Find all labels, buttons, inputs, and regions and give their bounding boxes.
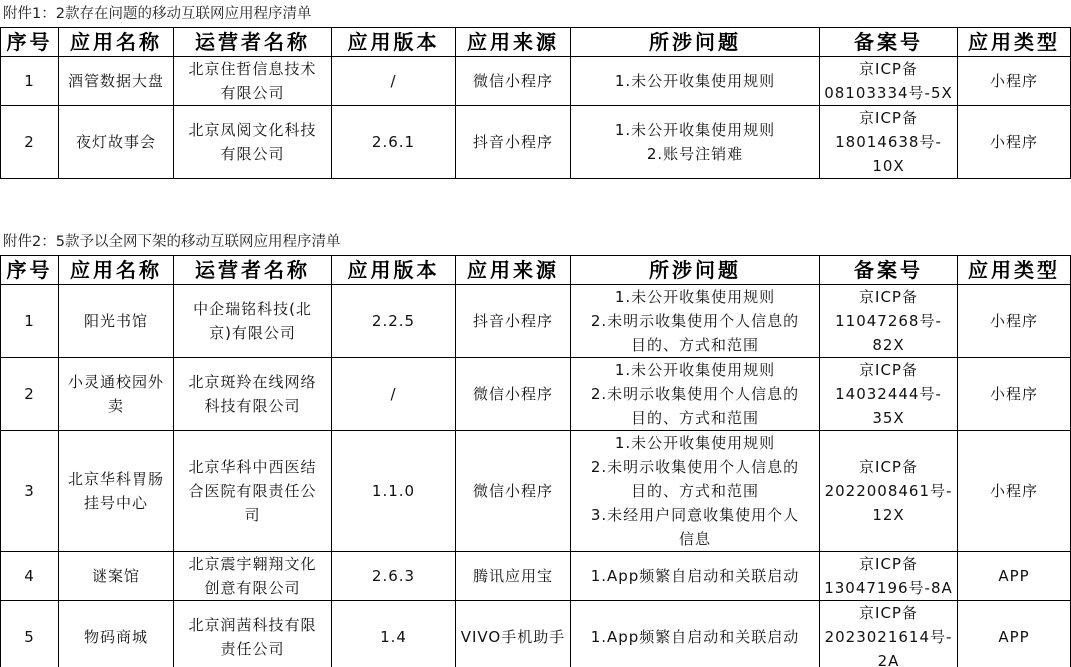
table-row: 2小灵通校园外卖北京斑羚在线网络科技有限公司/微信小程序1.未公开收集使用规则2… <box>1 358 1071 431</box>
cell-app-name-line: 物码商城 <box>62 625 170 649</box>
cell-operator-line: 京)有限公司 <box>177 321 328 345</box>
cell-app-name-line: 挂号中心 <box>62 491 170 515</box>
cell-icp-line: 京ICP备 <box>823 285 954 309</box>
header-icp: 备案号 <box>820 28 958 57</box>
attachment1-table: 序号 应用名称 运营者名称 应用版本 应用来源 所涉问题 备案号 应用类型 1酒… <box>0 27 1071 179</box>
cell-version: / <box>332 57 456 106</box>
cell-app-name: 物码商城 <box>59 601 174 667</box>
cell-operator-line: 司 <box>177 503 328 527</box>
cell-icp-line: 京ICP备 <box>823 552 954 576</box>
table-header-row: 序号 应用名称 运营者名称 应用版本 应用来源 所涉问题 备案号 应用类型 <box>1 28 1071 57</box>
table-row: 1阳光书馆中企瑞铭科技(北京)有限公司2.2.5抖音小程序1.未公开收集使用规则… <box>1 285 1071 358</box>
cell-operator-line: 责任公司 <box>177 637 328 661</box>
cell-icp: 京ICP备13047196号-8A <box>820 552 958 601</box>
cell-app-name-line: 夜灯故事会 <box>62 130 170 154</box>
cell-app-name: 夜灯故事会 <box>59 106 174 179</box>
attachment2-table: 序号 应用名称 运营者名称 应用版本 应用来源 所涉问题 备案号 应用类型 1阳… <box>0 255 1071 667</box>
cell-icp: 京ICP备08103334号-5X <box>820 57 958 106</box>
cell-app-name: 酒管数据大盘 <box>59 57 174 106</box>
cell-no: 1 <box>1 285 59 358</box>
cell-icp-line: 2023021614号- <box>823 625 954 649</box>
cell-operator-line: 创意有限公司 <box>177 576 328 600</box>
cell-issues: 1.未公开收集使用规则 <box>571 57 820 106</box>
cell-no: 3 <box>1 431 59 552</box>
cell-version: / <box>332 358 456 431</box>
cell-source: 抖音小程序 <box>456 106 571 179</box>
table-row: 2夜灯故事会北京凤阅文化科技有限公司2.6.1抖音小程序1.未公开收集使用规则2… <box>1 106 1071 179</box>
header-no: 序号 <box>1 28 59 57</box>
table-row: 4谜案馆北京震宇翱翔文化创意有限公司2.6.3腾讯应用宝1.App频繁自启动和关… <box>1 552 1071 601</box>
cell-icp-line: 14032444号- <box>823 382 954 406</box>
table-header-row: 序号 应用名称 运营者名称 应用版本 应用来源 所涉问题 备案号 应用类型 <box>1 256 1071 285</box>
cell-issues-line: 目的、方式和范围 <box>574 333 816 357</box>
cell-operator-line: 北京震宇翱翔文化 <box>177 552 328 576</box>
cell-icp-line: 京ICP备 <box>823 358 954 382</box>
header-app-name: 应用名称 <box>59 256 174 285</box>
cell-app-name-line: 阳光书馆 <box>62 309 170 333</box>
header-app-name: 应用名称 <box>59 28 174 57</box>
cell-operator: 北京斑羚在线网络科技有限公司 <box>174 358 332 431</box>
cell-operator-line: 北京华科中西医结 <box>177 455 328 479</box>
cell-type: 小程序 <box>958 106 1071 179</box>
cell-app-name: 小灵通校园外卖 <box>59 358 174 431</box>
cell-operator-line: 有限公司 <box>177 142 328 166</box>
cell-operator-line: 北京斑羚在线网络 <box>177 370 328 394</box>
header-source: 应用来源 <box>456 28 571 57</box>
cell-issues: 1.App频繁自启动和关联启动 <box>571 552 820 601</box>
table-row: 3北京华科胃肠挂号中心北京华科中西医结合医院有限责任公司1.1.0微信小程序1.… <box>1 431 1071 552</box>
cell-issues-line: 2.未明示收集使用个人信息的 <box>574 309 816 333</box>
cell-app-name: 谜案馆 <box>59 552 174 601</box>
cell-issues: 1.未公开收集使用规则2.未明示收集使用个人信息的目的、方式和范围 <box>571 285 820 358</box>
cell-issues-line: 目的、方式和范围 <box>574 479 816 503</box>
cell-issues-line: 1.未公开收集使用规则 <box>574 431 816 455</box>
cell-operator-line: 合医院有限责任公 <box>177 479 328 503</box>
cell-issues-line: 1.未公开收集使用规则 <box>574 285 816 309</box>
cell-version: 2.6.1 <box>332 106 456 179</box>
cell-operator: 北京凤阅文化科技有限公司 <box>174 106 332 179</box>
cell-operator-line: 科技有限公司 <box>177 394 328 418</box>
cell-app-name: 北京华科胃肠挂号中心 <box>59 431 174 552</box>
attachment1-caption: 附件1：2款存在问题的移动互联网应用程序清单 <box>3 5 311 23</box>
header-operator: 运营者名称 <box>174 28 332 57</box>
cell-type: 小程序 <box>958 358 1071 431</box>
cell-issues-line: 2.账号注销难 <box>574 142 816 166</box>
cell-issues-line: 2.未明示收集使用个人信息的 <box>574 455 816 479</box>
cell-icp: 京ICP备14032444号-35X <box>820 358 958 431</box>
cell-issues-line: 1.App频繁自启动和关联启动 <box>574 564 816 588</box>
header-icp: 备案号 <box>820 256 958 285</box>
cell-app-name-line: 北京华科胃肠 <box>62 467 170 491</box>
cell-issues: 1.未公开收集使用规则2.未明示收集使用个人信息的目的、方式和范围3.未经用户同… <box>571 431 820 552</box>
cell-type: APP <box>958 601 1071 667</box>
cell-operator-line: 北京住哲信息技术 <box>177 57 328 81</box>
cell-icp-line: 12X <box>823 503 954 527</box>
cell-icp-line: 10X <box>823 154 954 178</box>
cell-source: 抖音小程序 <box>456 285 571 358</box>
cell-operator: 北京华科中西医结合医院有限责任公司 <box>174 431 332 552</box>
cell-icp-line: 08103334号-5X <box>823 81 954 105</box>
header-version: 应用版本 <box>332 256 456 285</box>
header-source: 应用来源 <box>456 256 571 285</box>
cell-issues-line: 信息 <box>574 527 816 551</box>
cell-type: 小程序 <box>958 285 1071 358</box>
cell-operator: 北京润茜科技有限责任公司 <box>174 601 332 667</box>
cell-icp-line: 京ICP备 <box>823 106 954 130</box>
cell-icp-line: 82X <box>823 333 954 357</box>
cell-source: 微信小程序 <box>456 358 571 431</box>
cell-source: VIVO手机助手 <box>456 601 571 667</box>
cell-operator-line: 北京润茜科技有限 <box>177 613 328 637</box>
cell-icp-line: 京ICP备 <box>823 455 954 479</box>
cell-issues-line: 1.未公开收集使用规则 <box>574 358 816 382</box>
cell-issues-line: 3.未经用户同意收集使用个人 <box>574 503 816 527</box>
cell-icp-line: 2022008461号- <box>823 479 954 503</box>
header-type: 应用类型 <box>958 256 1071 285</box>
cell-issues-line: 1.未公开收集使用规则 <box>574 118 816 142</box>
cell-type: 小程序 <box>958 57 1071 106</box>
cell-issues: 1.未公开收集使用规则2.未明示收集使用个人信息的目的、方式和范围 <box>571 358 820 431</box>
cell-version: 2.6.3 <box>332 552 456 601</box>
cell-operator-line: 有限公司 <box>177 81 328 105</box>
cell-issues: 1.未公开收集使用规则2.账号注销难 <box>571 106 820 179</box>
cell-no: 1 <box>1 57 59 106</box>
cell-issues-line: 2.未明示收集使用个人信息的 <box>574 382 816 406</box>
cell-no: 5 <box>1 601 59 667</box>
cell-source: 微信小程序 <box>456 431 571 552</box>
cell-app-name: 阳光书馆 <box>59 285 174 358</box>
cell-type: 小程序 <box>958 431 1071 552</box>
cell-version: 1.4 <box>332 601 456 667</box>
cell-issues-line: 1.未公开收集使用规则 <box>574 69 816 93</box>
cell-icp: 京ICP备11047268号-82X <box>820 285 958 358</box>
cell-operator: 中企瑞铭科技(北京)有限公司 <box>174 285 332 358</box>
cell-operator: 北京震宇翱翔文化创意有限公司 <box>174 552 332 601</box>
cell-no: 4 <box>1 552 59 601</box>
header-no: 序号 <box>1 256 59 285</box>
cell-issues-line: 1.App频繁自启动和关联启动 <box>574 625 816 649</box>
cell-icp-line: 2A <box>823 649 954 667</box>
cell-operator: 北京住哲信息技术有限公司 <box>174 57 332 106</box>
cell-type: APP <box>958 552 1071 601</box>
cell-app-name-line: 酒管数据大盘 <box>62 69 170 93</box>
cell-icp-line: 京ICP备 <box>823 601 954 625</box>
cell-app-name-line: 小灵通校园外 <box>62 370 170 394</box>
cell-icp-line: 京ICP备 <box>823 57 954 81</box>
header-operator: 运营者名称 <box>174 256 332 285</box>
cell-operator-line: 中企瑞铭科技(北 <box>177 297 328 321</box>
header-type: 应用类型 <box>958 28 1071 57</box>
cell-icp-line: 35X <box>823 406 954 430</box>
cell-issues: 1.App频繁自启动和关联启动 <box>571 601 820 667</box>
cell-issues-line: 目的、方式和范围 <box>574 406 816 430</box>
cell-app-name-line: 谜案馆 <box>62 564 170 588</box>
table-row: 5物码商城北京润茜科技有限责任公司1.4VIVO手机助手1.App频繁自启动和关… <box>1 601 1071 667</box>
cell-icp-line: 13047196号-8A <box>823 576 954 600</box>
header-issues: 所涉问题 <box>571 28 820 57</box>
cell-icp-line: 11047268号- <box>823 309 954 333</box>
cell-icp: 京ICP备18014638号-10X <box>820 106 958 179</box>
cell-source: 微信小程序 <box>456 57 571 106</box>
cell-operator-line: 北京凤阅文化科技 <box>177 118 328 142</box>
table-row: 1酒管数据大盘北京住哲信息技术有限公司/微信小程序1.未公开收集使用规则京ICP… <box>1 57 1071 106</box>
header-issues: 所涉问题 <box>571 256 820 285</box>
header-version: 应用版本 <box>332 28 456 57</box>
cell-icp: 京ICP备2022008461号-12X <box>820 431 958 552</box>
cell-no: 2 <box>1 106 59 179</box>
attachment2-caption: 附件2：5款予以全网下架的移动互联网应用程序清单 <box>3 233 340 251</box>
cell-icp: 京ICP备2023021614号-2A <box>820 601 958 667</box>
cell-version: 2.2.5 <box>332 285 456 358</box>
cell-icp-line: 18014638号- <box>823 130 954 154</box>
cell-app-name-line: 卖 <box>62 394 170 418</box>
cell-source: 腾讯应用宝 <box>456 552 571 601</box>
cell-no: 2 <box>1 358 59 431</box>
cell-version: 1.1.0 <box>332 431 456 552</box>
